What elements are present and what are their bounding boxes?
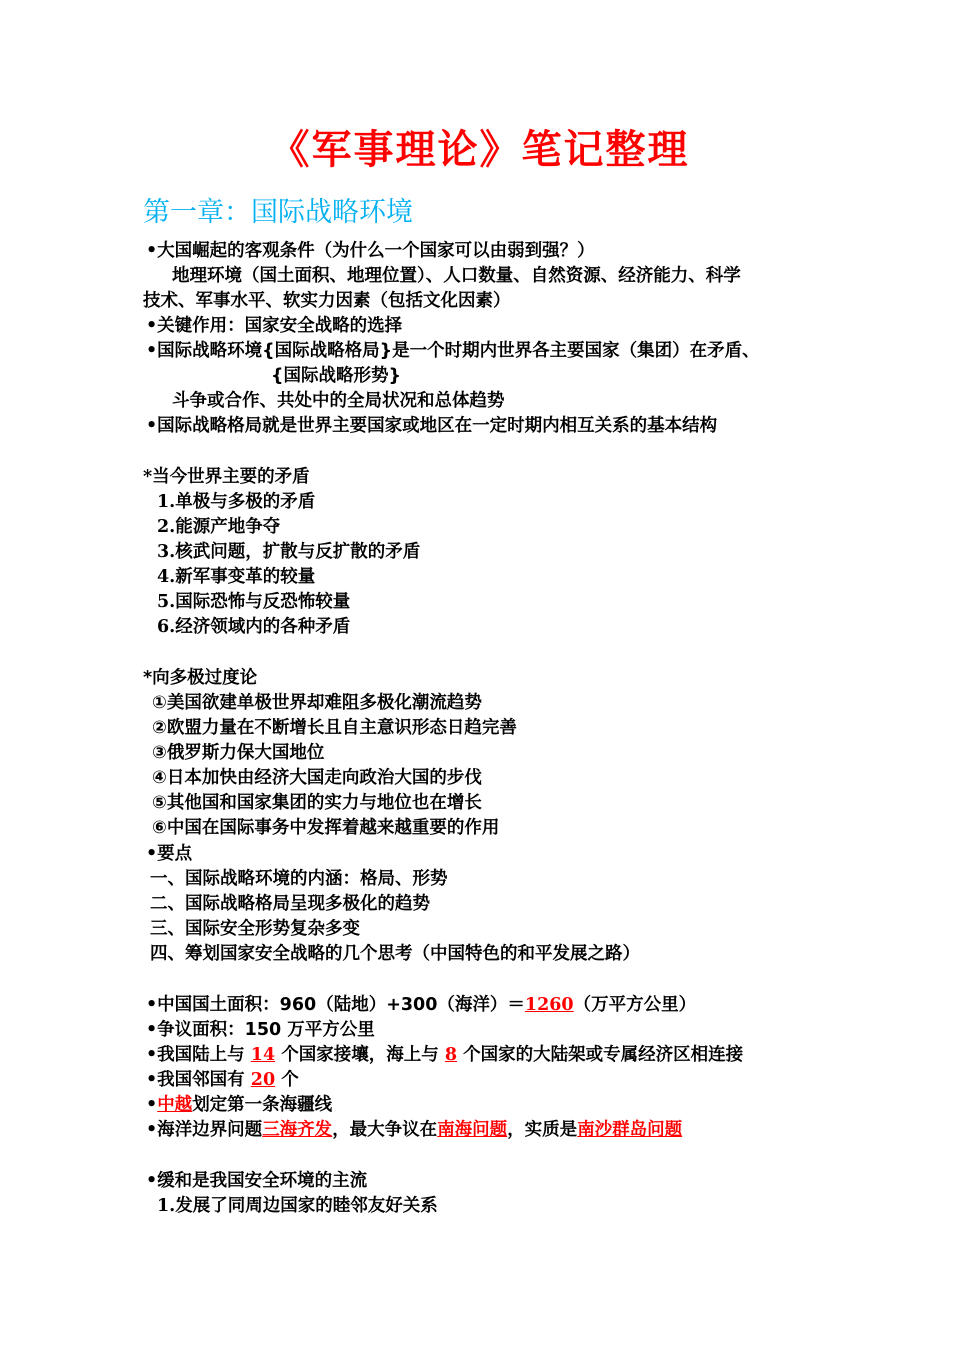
list-item: ①美国欲建单极世界却难阻多极化潮流趋势 xyxy=(152,691,482,716)
document-title: 《军事理论》笔记整理 xyxy=(0,124,959,176)
fact-text: •我国邻国有 xyxy=(146,1070,251,1090)
list-item: 三、国际安全形势复杂多变 xyxy=(150,917,360,942)
intro-line: •大国崛起的客观条件（为什么一个国家可以由弱到强？） xyxy=(146,239,595,264)
fact-text: • xyxy=(146,1095,157,1115)
chapter-heading: 第一章：国际战略环境 xyxy=(143,193,413,233)
section-heading: •缓和是我国安全环境的主流 xyxy=(146,1169,367,1194)
list-item: ⑤其他国和国家集团的实力与地位也在增长 xyxy=(152,791,482,816)
fact-text: •我国陆上与 xyxy=(146,1045,251,1065)
fact-sea-boundary-line: •中越划定第一条海疆线 xyxy=(146,1093,332,1118)
intro-line: 斗争或合作、共处中的全局状况和总体趋势 xyxy=(172,389,505,414)
fact-area: •中国国土面积：960（陆地）+300（海洋）＝1260（万平方公里） xyxy=(146,993,696,1018)
intro-line: •国际战略环境{国际战略格局}是一个时期内世界各主要国家（集团）在矛盾、 xyxy=(146,339,760,364)
list-item: 3.核武问题，扩散与反扩散的矛盾 xyxy=(157,540,420,565)
highlight-value: 南沙群岛问题 xyxy=(577,1120,682,1140)
list-item: ④日本加快由经济大国走向政治大国的步伐 xyxy=(152,766,482,791)
fact-text: 划定第一条海疆线 xyxy=(192,1095,332,1115)
fact-text: ，实质是 xyxy=(507,1120,577,1140)
intro-line: •国际战略格局就是世界主要国家或地区在一定时期内相互关系的基本结构 xyxy=(146,414,717,439)
list-item: 一、国际战略环境的内涵：格局、形势 xyxy=(150,867,448,892)
intro-line: 地理环境（国土面积、地理位置）、人口数量、自然资源、经济能力、科学 xyxy=(172,264,741,289)
fact-borders: •我国陆上与 14 个国家接壤，海上与 8 个国家的大陆架或专属经济区相连接 xyxy=(146,1043,743,1068)
fact-text: 个国家接壤，海上与 xyxy=(275,1045,445,1065)
highlight-value: 1260 xyxy=(525,995,574,1015)
highlight-value: 8 xyxy=(445,1045,457,1065)
highlight-value: 14 xyxy=(251,1045,275,1065)
section-heading: *当今世界主要的矛盾 xyxy=(143,465,310,490)
section-heading: *向多极过度论 xyxy=(143,666,257,691)
highlight-value: 南海问题 xyxy=(437,1120,507,1140)
list-item: ⑥中国在国际事务中发挥着越来越重要的作用 xyxy=(152,816,499,841)
fact-text: 个 xyxy=(275,1070,299,1090)
fact-text: 个国家的大陆架或专属经济区相连接 xyxy=(457,1045,743,1065)
fact-text: ，最大争议在 xyxy=(332,1120,437,1140)
list-item: 2.能源产地争夺 xyxy=(157,515,280,540)
list-item: 二、国际战略格局呈现多极化的趋势 xyxy=(150,892,430,917)
fact-neighbors: •我国邻国有 20 个 xyxy=(146,1068,299,1093)
fact-text: •中国国土面积：960（陆地）+300（海洋）＝ xyxy=(146,995,525,1015)
list-item: 四、筹划国家安全战略的几个思考（中国特色的和平发展之路） xyxy=(150,942,640,967)
fact-text: •海洋边界问题 xyxy=(146,1120,262,1140)
list-item: 6.经济领域内的各种矛盾 xyxy=(157,615,350,640)
list-item: 4.新军事变革的较量 xyxy=(157,565,315,590)
fact-sea-disputes: •海洋边界问题三海齐发，最大争议在南海问题，实质是南沙群岛问题 xyxy=(146,1118,682,1143)
list-item: ③俄罗斯力保大国地位 xyxy=(152,741,324,766)
list-item: 1.单极与多极的矛盾 xyxy=(157,490,315,515)
highlight-value: 20 xyxy=(251,1070,275,1090)
highlight-value: 中越 xyxy=(157,1095,192,1115)
section-heading: •要点 xyxy=(146,842,192,867)
intro-line: •关键作用：国家安全战略的选择 xyxy=(146,314,402,339)
list-item: 1.发展了同周边国家的睦邻友好关系 xyxy=(157,1194,438,1219)
fact-text: （万平方公里） xyxy=(574,995,697,1015)
fact-disputed: •争议面积：150 万平方公里 xyxy=(146,1018,375,1043)
highlight-value: 三海齐发 xyxy=(262,1120,332,1140)
intro-line: {国际战略形势} xyxy=(271,364,401,389)
intro-line: 技术、军事水平、软实力因素（包括文化因素） xyxy=(143,289,511,314)
list-item: ②欧盟力量在不断增长且自主意识形态日趋完善 xyxy=(152,716,517,741)
list-item: 5.国际恐怖与反恐怖较量 xyxy=(157,590,350,615)
